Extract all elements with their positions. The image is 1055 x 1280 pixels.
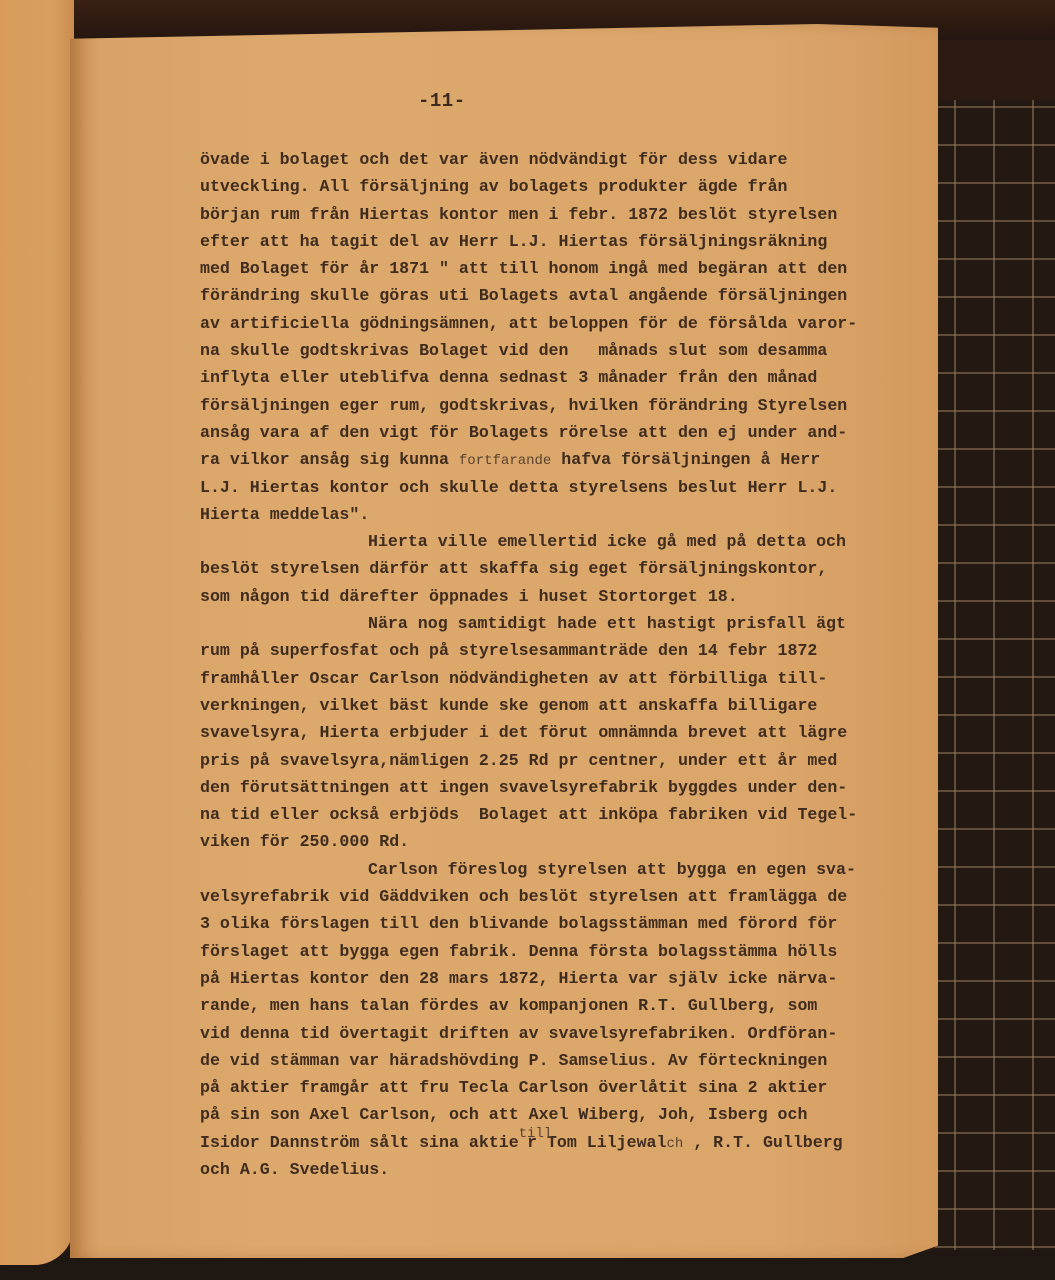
line-text: Nära nog samtidigt hade ett hastigt pris…	[368, 614, 846, 633]
line-text: rum på superfosfat och på styrelsesamman…	[200, 641, 817, 660]
line-text: försäljningen eger rum, godtskrivas, hvi…	[200, 396, 847, 415]
line-text: rande, men hans talan fördes av kompanjo…	[200, 996, 817, 1015]
line-text: vid denna tid övertagit driften av svave…	[200, 1024, 837, 1043]
line-text: de vid stämman var häradshövding P. Sams…	[200, 1051, 827, 1070]
line-text: 3 olika förslagen till den blivande bola…	[200, 914, 837, 933]
text-line: 3 olika förslagen till den blivande bola…	[200, 910, 940, 937]
line-text: na skulle godtskrivas Bolaget vid den må…	[200, 341, 827, 360]
text-line: na tid eller också erbjöds Bolaget att i…	[200, 801, 940, 828]
text-line: på sin son Axel Carlson, och att Axel Wi…	[200, 1101, 940, 1128]
line-text: början rum från Hiertas kontor men i feb…	[200, 205, 837, 224]
line-text: beslöt styrelsen därför att skaffa sig e…	[200, 559, 827, 578]
typed-insertion: ch	[666, 1136, 683, 1152]
line-text: framhåller Oscar Carlson nödvändigheten …	[200, 669, 827, 688]
line-text: på sin son Axel Carlson, och att Axel Wi…	[200, 1105, 807, 1124]
line-text: pris på svavelsyra,nämligen 2.25 Rd pr c…	[200, 751, 837, 770]
text-line: na skulle godtskrivas Bolaget vid den må…	[200, 337, 940, 364]
page-number: -11-	[418, 90, 466, 112]
text-line: början rum från Hiertas kontor men i feb…	[200, 201, 940, 228]
line-text: som någon tid därefter öppnades i huset …	[200, 587, 738, 606]
text-line: de vid stämman var häradshövding P. Sams…	[200, 1047, 940, 1074]
line-text: verkningen, vilket bäst kunde ske genom …	[200, 696, 817, 715]
typed-insertion: fortfarande	[459, 453, 551, 469]
line-text: den förutsättningen att ingen svavelsyre…	[200, 778, 847, 797]
text-line: med Bolaget för år 1871 " att till honom…	[200, 255, 940, 282]
text-line: Carlson föreslog styrelsen att bygga en …	[200, 856, 940, 883]
text-line: Hierta ville emellertid icke gå med på d…	[200, 528, 940, 555]
line-text: Isidor Dannström sålt sina aktie	[200, 1133, 519, 1152]
line-text: utveckling. All försäljning av bolagets …	[200, 177, 788, 196]
text-line: velsyrefabrik vid Gäddviken och beslöt s…	[200, 883, 940, 910]
text-line: viken för 250.000 Rd.	[200, 828, 940, 855]
text-line: rande, men hans talan fördes av kompanjo…	[200, 992, 940, 1019]
text-line: efter att ha tagit del av Herr L.J. Hier…	[200, 228, 940, 255]
text-line: försäljningen eger rum, godtskrivas, hvi…	[200, 392, 940, 419]
text-line: av artificiella gödningsämnen, att belop…	[200, 310, 940, 337]
text-line: den förutsättningen att ingen svavelsyre…	[200, 774, 940, 801]
line-text: Hierta meddelas".	[200, 505, 369, 524]
handwritten-insertion: till	[519, 1126, 553, 1142]
text-line: vid denna tid övertagit driften av svave…	[200, 1020, 940, 1047]
line-text: ra vilkor ansåg sig kunna	[200, 450, 459, 469]
line-text: L.J. Hiertas kontor och skulle detta sty…	[200, 478, 837, 497]
text-line: utveckling. All försäljning av bolagets …	[200, 173, 940, 200]
line-text: Hierta ville emellertid icke gå med på d…	[368, 532, 846, 551]
line-text: på Hiertas kontor den 28 mars 1872, Hier…	[200, 969, 837, 988]
text-line: på aktier framgår att fru Tecla Carlson …	[200, 1074, 940, 1101]
text-line: verkningen, vilket bäst kunde ske genom …	[200, 692, 940, 719]
line-text: na tid eller också erbjöds Bolaget att i…	[200, 805, 857, 824]
line-text: förslaget att bygga egen fabrik. Denna f…	[200, 942, 837, 961]
line-text: med Bolaget för år 1871 " att till honom…	[200, 259, 847, 278]
line-text: förändring skulle göras uti Bolagets avt…	[200, 286, 847, 305]
line-text: på aktier framgår att fru Tecla Carlson …	[200, 1078, 827, 1097]
text-line: Isidor Dannström sålt sina aktietillr To…	[200, 1129, 940, 1156]
text-line: pris på svavelsyra,nämligen 2.25 Rd pr c…	[200, 747, 940, 774]
line-text: övade i bolaget och det var även nödvänd…	[200, 150, 788, 169]
line-text: , R.T. Gullberg	[683, 1133, 842, 1152]
text-line: förslaget att bygga egen fabrik. Denna f…	[200, 938, 940, 965]
line-text: hafva försäljningen å Herr	[551, 450, 820, 469]
left-facing-page	[0, 0, 74, 1265]
text-line: ra vilkor ansåg sig kunna fortfarande ha…	[200, 446, 940, 473]
line-text: svavelsyra, Hierta erbjuder i det förut …	[200, 723, 847, 742]
cutting-mat-grid	[935, 100, 1055, 1280]
text-line: övade i bolaget och det var även nödvänd…	[200, 146, 940, 173]
text-line: Nära nog samtidigt hade ett hastigt pris…	[200, 610, 940, 637]
text-line: beslöt styrelsen därför att skaffa sig e…	[200, 555, 940, 582]
text-line: på Hiertas kontor den 28 mars 1872, Hier…	[200, 965, 940, 992]
line-text: viken för 250.000 Rd.	[200, 832, 409, 851]
line-text: Carlson föreslog styrelsen att bygga en …	[368, 860, 856, 879]
text-line: L.J. Hiertas kontor och skulle detta sty…	[200, 474, 940, 501]
line-text: ansåg vara af den vigt för Bolagets röre…	[200, 423, 847, 442]
text-line: framhåller Oscar Carlson nödvändigheten …	[200, 665, 940, 692]
text-line: rum på superfosfat och på styrelsesamman…	[200, 637, 940, 664]
line-text: av artificiella gödningsämnen, att belop…	[200, 314, 857, 333]
text-line: Hierta meddelas".	[200, 501, 940, 528]
text-line: svavelsyra, Hierta erbjuder i det förut …	[200, 719, 940, 746]
text-line: som någon tid därefter öppnades i huset …	[200, 583, 940, 610]
line-text: efter att ha tagit del av Herr L.J. Hier…	[200, 232, 827, 251]
line-text: inflyta eller uteblifva denna sednast 3 …	[200, 368, 817, 387]
line-text: och A.G. Svedelius.	[200, 1160, 389, 1179]
text-line: ansåg vara af den vigt för Bolagets röre…	[200, 419, 940, 446]
text-line: och A.G. Svedelius.	[200, 1156, 940, 1183]
document-body: övade i bolaget och det var även nödvänd…	[200, 146, 940, 1183]
line-text: velsyrefabrik vid Gäddviken och beslöt s…	[200, 887, 847, 906]
text-line: inflyta eller uteblifva denna sednast 3 …	[200, 364, 940, 391]
text-line: förändring skulle göras uti Bolagets avt…	[200, 282, 940, 309]
